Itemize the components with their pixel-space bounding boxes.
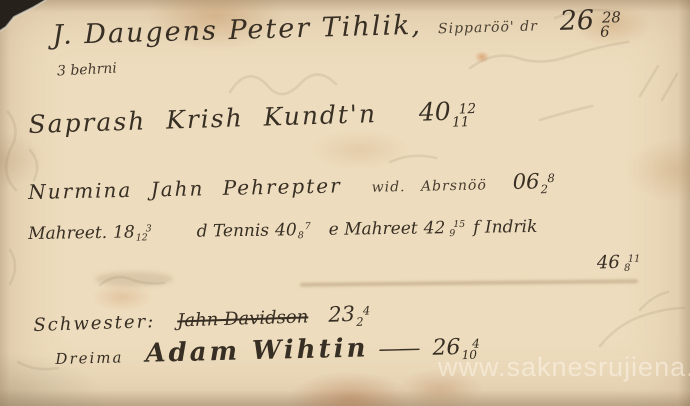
ledger-line-4: Mahreet. 18312 d Tennis 4078 e Mahreet 4… bbox=[28, 217, 538, 251]
person-name: f Indrik bbox=[473, 217, 537, 238]
amount-fraction: 0682 bbox=[512, 169, 551, 202]
whole-number: 18 bbox=[113, 223, 135, 243]
relation-label: Dreima bbox=[55, 348, 123, 368]
manuscript-page: J. Daugens Peter Tihlik, Sipparöö' dr 26… bbox=[0, 0, 690, 406]
whole-number: 40 bbox=[418, 97, 451, 127]
whole-number: 23 bbox=[328, 302, 355, 327]
whole-number: 26 bbox=[559, 5, 594, 37]
torn-corner-mark bbox=[0, 0, 50, 36]
widow-note: wid. Abrsnöö bbox=[372, 177, 487, 195]
whole-number: 40 bbox=[275, 220, 297, 240]
denominator: 12 bbox=[136, 234, 148, 243]
denominator: 8 bbox=[624, 264, 630, 274]
place-note: Sipparöö' dr bbox=[438, 18, 538, 37]
denominator: 8 bbox=[298, 232, 304, 241]
whole-number: 46 bbox=[597, 252, 620, 273]
person-name: e Mahreet bbox=[329, 219, 418, 240]
person-name: Saprash Krish Kundt'n bbox=[28, 99, 377, 139]
amount-fraction: 18312 bbox=[113, 222, 151, 249]
dash-mark: —— bbox=[378, 336, 419, 362]
amount-fraction: 26286 bbox=[559, 4, 617, 46]
ledger-line-2: Saprash Krish Kundt'n 401211 bbox=[28, 96, 473, 149]
bleedthrough-smudge-line bbox=[300, 279, 638, 287]
bleedthrough-smudge-spot bbox=[95, 272, 173, 286]
whole-number: 06 bbox=[512, 169, 539, 194]
watermark: www.saknesrujiena.lv bbox=[438, 352, 690, 383]
ledger-line-4-amount: 46118 bbox=[597, 252, 637, 280]
ledger-line-1: J. Daugens Peter Tihlik, Sipparöö' dr 26… bbox=[52, 4, 618, 60]
person-name: Adam Wihtin bbox=[145, 333, 369, 368]
numerator: 4 bbox=[363, 305, 371, 316]
person-name: J. Daugens Peter Tihlik, bbox=[52, 10, 422, 51]
relation-label: Schwester: bbox=[33, 311, 155, 336]
numerator: 7 bbox=[305, 223, 311, 232]
amount-fraction: 401211 bbox=[418, 96, 473, 137]
person-name: Nurmina Jahn Pehrepter bbox=[28, 173, 342, 204]
person-name: d Tennis bbox=[196, 221, 269, 242]
person-name: Mahreet. bbox=[28, 223, 107, 244]
denominator: 2 bbox=[541, 184, 549, 195]
numerator: 8 bbox=[547, 173, 555, 184]
denominator: 2 bbox=[356, 317, 364, 328]
denominator: 9 bbox=[449, 230, 455, 239]
struck-person-name: Jahn Davidson bbox=[177, 306, 309, 331]
amount-fraction: 42159 bbox=[424, 218, 462, 245]
denominator: 6 bbox=[600, 25, 610, 39]
denominator: 11 bbox=[452, 116, 470, 130]
amount-fraction: 4078 bbox=[275, 220, 307, 247]
ledger-line-3: Nurmina Jahn Pehrepter wid. Abrsnöö 0682 bbox=[28, 169, 551, 212]
amount-fraction: 46118 bbox=[597, 252, 637, 280]
amount-fraction: 2342 bbox=[328, 302, 367, 335]
children-note: 3 behrni bbox=[57, 60, 118, 79]
whole-number: 42 bbox=[424, 218, 446, 238]
